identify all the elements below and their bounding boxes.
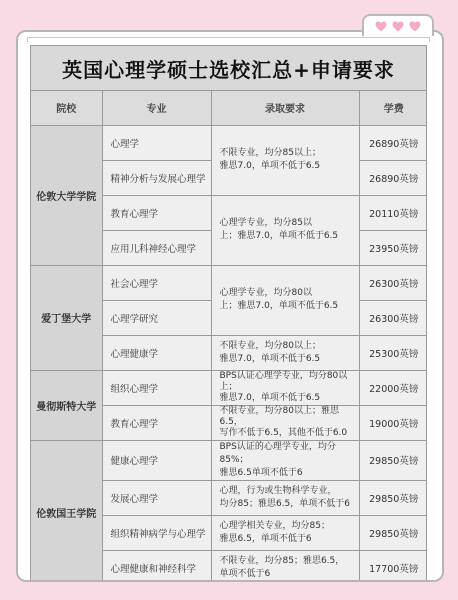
major-name: 精神分析与发展心理学 [102,160,211,195]
major-name: 心理学研究 [102,300,211,335]
major-name: 心理健康和神经科学 [102,550,211,580]
school-name: 伦敦大学学院 [31,125,102,265]
decorative-tab [362,14,434,36]
fee-value: 29850英镑 [359,440,427,480]
heart-icon [392,21,404,32]
requirement-cell: 心理，行为或生物科学专业， 均分85；雅思6.5，单项不低于6 [211,480,359,515]
fee-value: 26300英镑 [359,300,427,335]
requirement-cell: BPS认证心理学专业，均分80以 上； 雅思7.0，单项不低于6.5 [211,370,359,405]
requirement-cell: 不限专业，均分85以上； 雅思7.0，单项不低于6.5 [211,125,359,195]
requirement-cell: 不限专业，均分85；雅思6.5， 单项不低于6 [211,550,359,580]
major-name: 教育心理学 [102,195,211,230]
major-name: 组织精神病学与心理学 [102,515,211,550]
table-row: 曼彻斯特大学 组织心理学 BPS认证心理学专业，均分80以 上； 雅思7.0，单… [31,370,427,405]
school-name: 曼彻斯特大学 [31,370,102,440]
table-row: 伦敦大学学院 心理学 不限专业，均分85以上； 雅思7.0，单项不低于6.5 2… [31,125,427,160]
major-name: 应用儿科神经心理学 [102,230,211,265]
requirement-cell: BPS认证的心理学专业，均分85%； 雅思6.5单项不低于6 [211,440,359,480]
requirement-cell: 心理学相关专业，均分85； 雅思6.5，单项不低于6 [211,515,359,550]
major-name: 社会心理学 [102,265,211,300]
fee-value: 26300英镑 [359,265,427,300]
school-name: 伦敦国王学院 [31,440,102,580]
header-fee: 学费 [359,91,427,125]
fee-value: 29850英镑 [359,515,427,550]
table-row: 爱丁堡大学 社会心理学 心理学专业，均分80以 上；雅思7.0，单项不低于6.5… [31,265,427,300]
heart-icon [375,21,387,32]
major-name: 健康心理学 [102,440,211,480]
requirement-cell: 不限专业，均分80以上； 雅思7.0，单项不低于6.5 [211,335,359,370]
requirement-cell: 心理学专业，均分85以 上；雅思7.0，单项不低于6.5 [211,195,359,265]
program-table: 院校 专业 录取要求 学费 伦敦大学学院 心理学 不限专业，均分85以上； 雅思… [31,91,427,580]
fee-value: 26890英镑 [359,160,427,195]
fee-value: 22000英镑 [359,370,427,405]
header-requirements: 录取要求 [211,91,359,125]
page-title: 英国心理学硕士选校汇总+申请要求 [31,46,426,91]
major-name: 心理学 [102,125,211,160]
major-name: 教育心理学 [102,405,211,440]
summary-sheet: 英国心理学硕士选校汇总+申请要求 院校 专业 录取要求 学费 伦敦大学学院 心理… [30,45,427,580]
fee-value: 19000英镑 [359,405,427,440]
header-school: 院校 [31,91,102,125]
fee-value: 17700英镑 [359,550,427,580]
fee-value: 29850英镑 [359,480,427,515]
requirement-cell: 不限专业，均分80以上；雅思 6.5， 写作不低于6.5，其他不低于6.0 [211,405,359,440]
table-row: 伦敦国王学院 健康心理学 BPS认证的心理学专业，均分85%； 雅思6.5单项不… [31,440,427,480]
table-header-row: 院校 专业 录取要求 学费 [31,91,427,125]
fee-value: 20110英镑 [359,195,427,230]
major-name: 心理健康学 [102,335,211,370]
major-name: 发展心理学 [102,480,211,515]
heart-icon [409,21,421,32]
requirement-cell: 心理学专业，均分80以 上；雅思7.0，单项不低于6.5 [211,265,359,335]
header-major: 专业 [102,91,211,125]
major-name: 组织心理学 [102,370,211,405]
school-name: 爱丁堡大学 [31,265,102,370]
fee-value: 25300英镑 [359,335,427,370]
frame-divider [27,37,430,42]
fee-value: 23950英镑 [359,230,427,265]
fee-value: 26890英镑 [359,125,427,160]
